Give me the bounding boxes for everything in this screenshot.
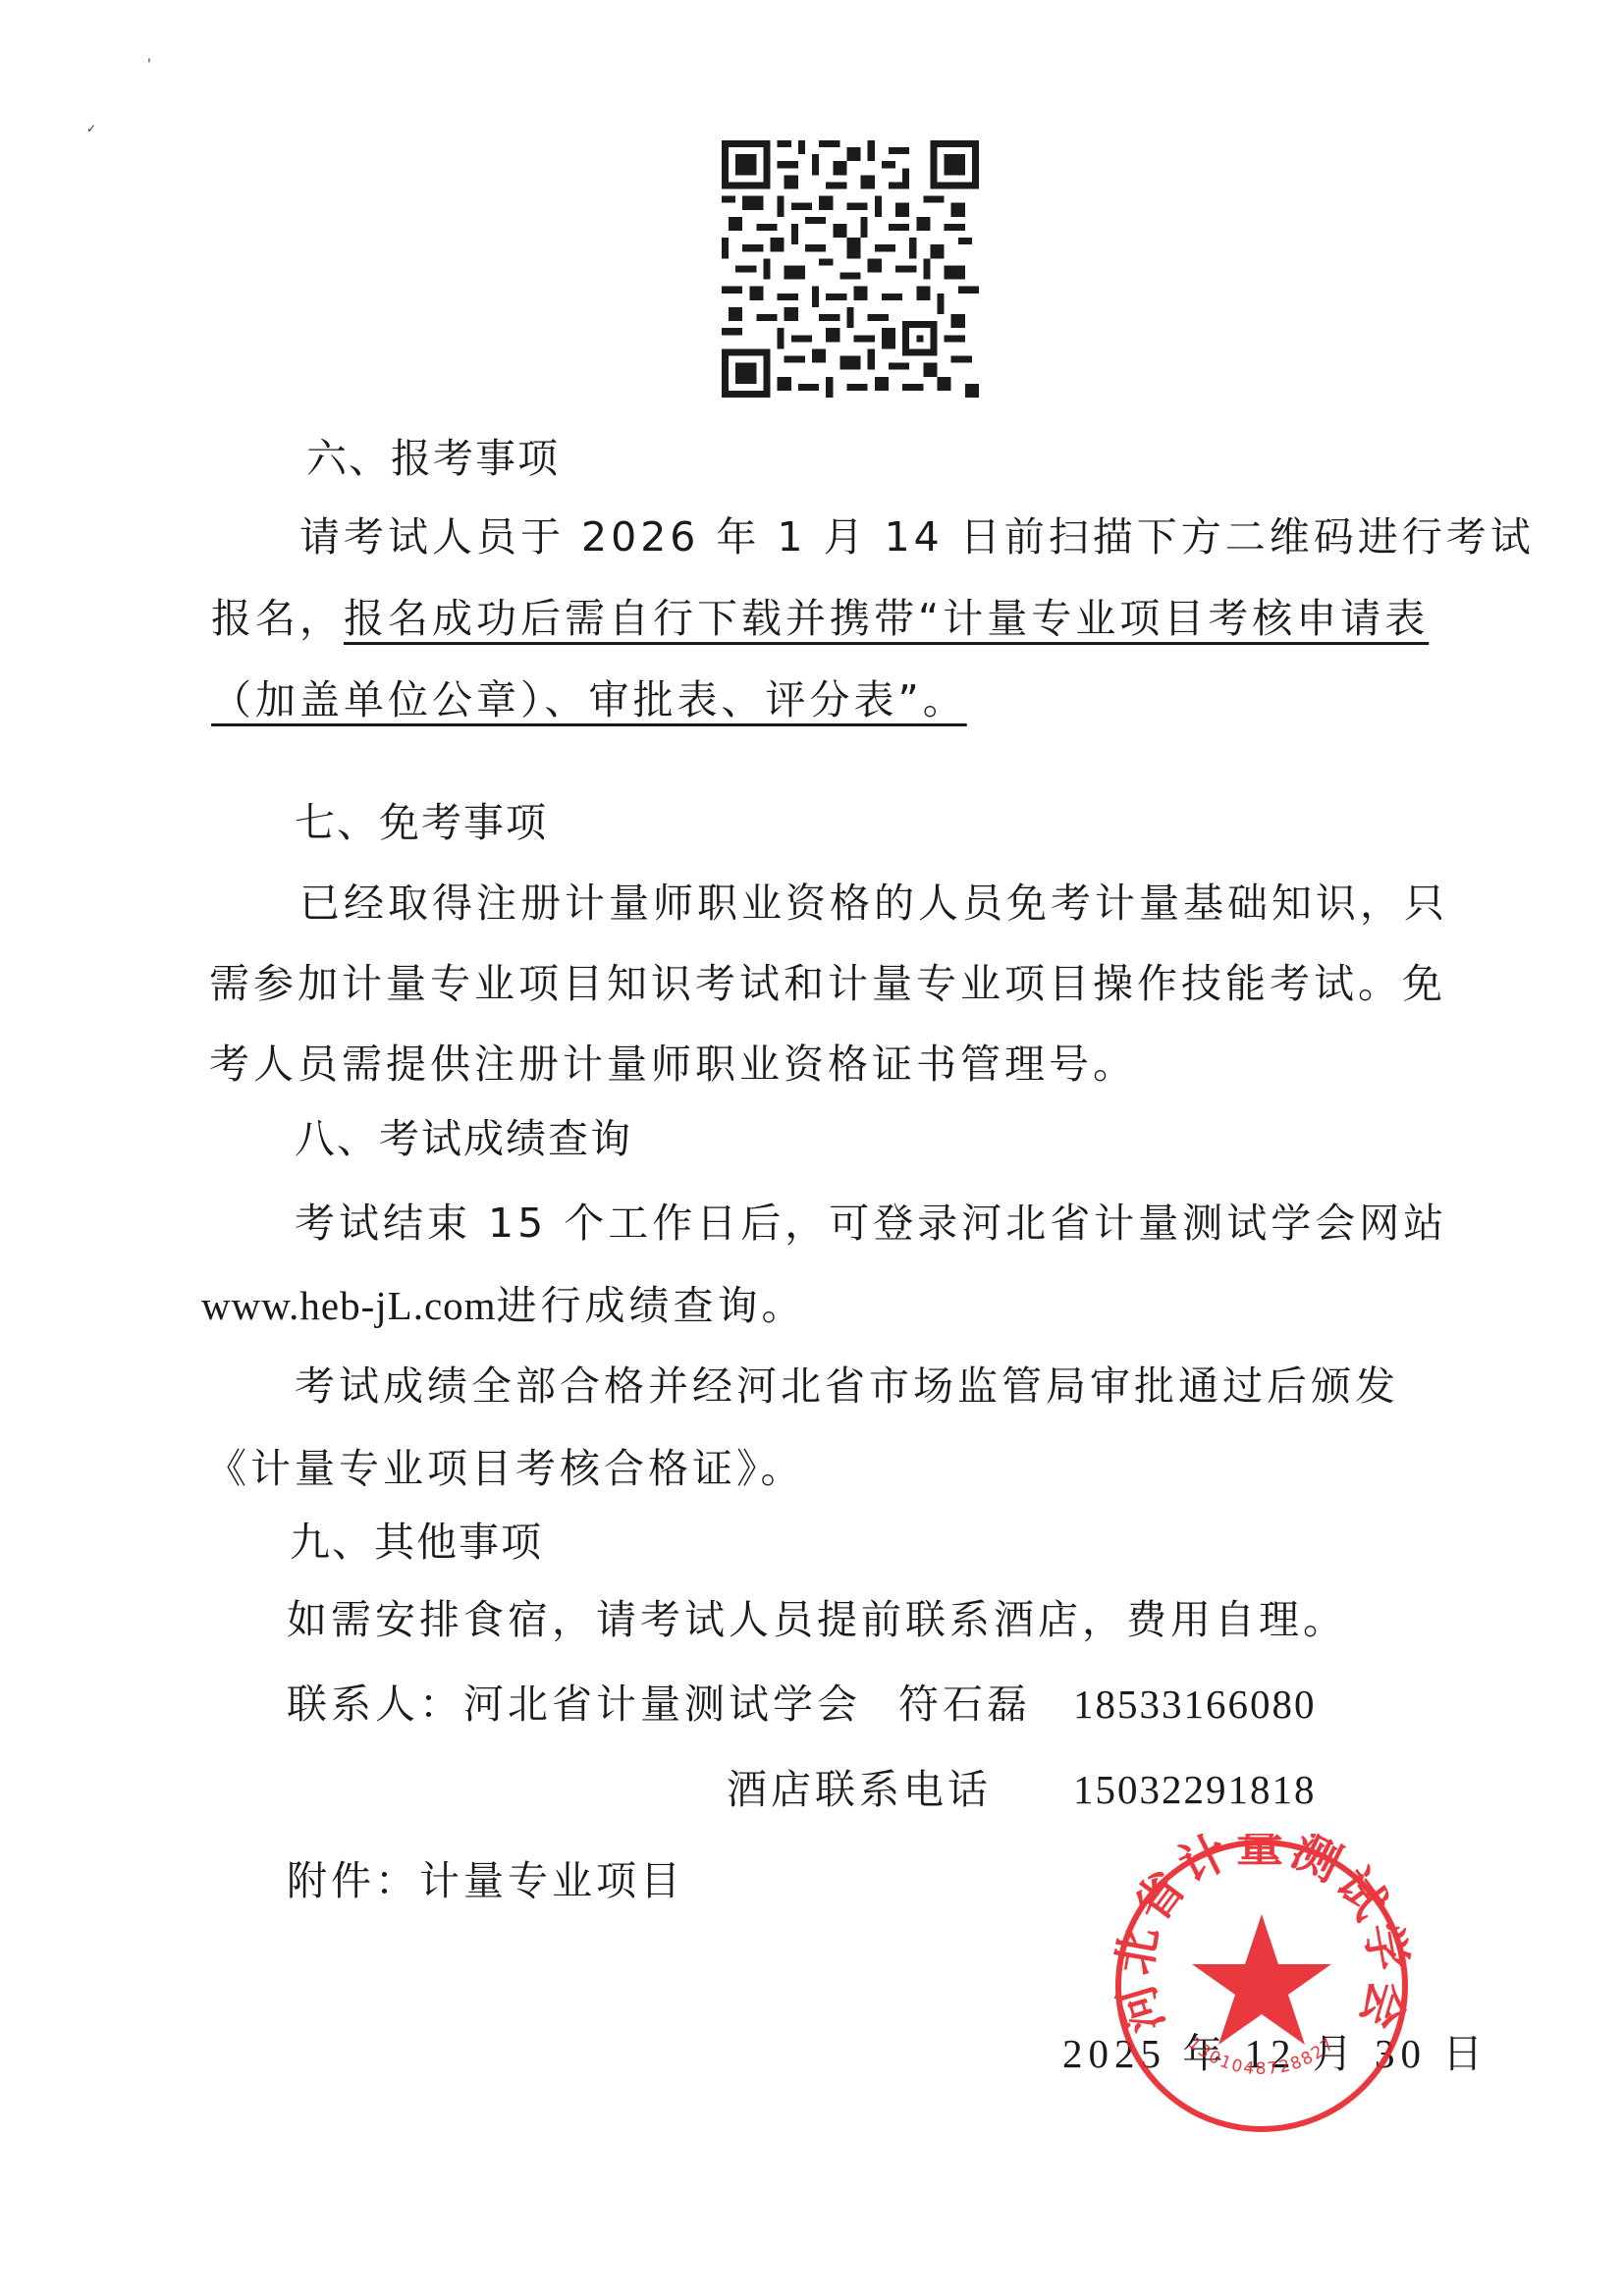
scan-mark: ' bbox=[147, 57, 151, 73]
document-page: ' ✓ bbox=[0, 0, 1623, 2296]
underlined-requirement: 报名成功后需自行下载并携带“计量专业项目考核申请表 bbox=[344, 595, 1429, 642]
paragraph-line: 请考试人员于 2026 年 1 月 14 日前扫描下方二维码进行考试 bbox=[299, 517, 1535, 558]
contact-phone: 18533166080 bbox=[1073, 1684, 1317, 1725]
underlined-requirement: （加盖单位公章）、审批表、评分表”。 bbox=[211, 676, 967, 723]
paragraph-line: 已经取得注册计量师职业资格的人员免考计量基础知识，只 bbox=[299, 883, 1448, 924]
hotel-phone: 15032291818 bbox=[1073, 1770, 1317, 1810]
attachment-value: 计量专业项目 bbox=[419, 1857, 684, 1904]
paragraph-text: 进行成绩查询。 bbox=[497, 1282, 806, 1329]
scan-mark: ✓ bbox=[86, 122, 96, 135]
section-heading: 九、其他事项 bbox=[290, 1522, 543, 1563]
paragraph-line: 如需安排食宿，请考试人员提前联系酒店，费用自理。 bbox=[287, 1600, 1347, 1640]
section-heading: 六、报考事项 bbox=[306, 439, 560, 479]
contact-label: 联系人： bbox=[287, 1681, 463, 1728]
paragraph-text: 报名， bbox=[211, 595, 344, 642]
paragraph-line: www.heb-jL.com进行成绩查询。 bbox=[201, 1286, 806, 1326]
section-heading: 八、考试成绩查询 bbox=[295, 1119, 632, 1159]
section-heading: 七、免考事项 bbox=[295, 803, 548, 843]
qr-code[interactable] bbox=[722, 140, 979, 398]
attachment-label: 附件： bbox=[287, 1857, 419, 1904]
website-link[interactable]: www.heb-jL.com bbox=[201, 1283, 497, 1328]
seal-code: 1301048728827 bbox=[1184, 2034, 1339, 2079]
contact-person: 符石磊 bbox=[898, 1684, 1031, 1725]
paragraph-line: 报名，报名成功后需自行下载并携带“计量专业项目考核申请表 bbox=[211, 599, 1429, 639]
star-icon bbox=[1192, 1914, 1331, 2045]
paragraph-line: 考人员需提供注册计量师职业资格证书管理号。 bbox=[209, 1044, 1137, 1085]
paragraph-line: 考试成绩全部合格并经河北省市场监管局审批通过后颁发 bbox=[295, 1366, 1399, 1407]
hotel-phone-label: 酒店联系电话 bbox=[727, 1770, 992, 1810]
contact-org: 河北省计量测试学会 bbox=[463, 1681, 861, 1728]
paragraph-line: （加盖单位公章）、审批表、评分表”。 bbox=[211, 680, 967, 721]
official-seal-stamp: 河北省计量测试学会 1301048728827 bbox=[1109, 1834, 1414, 2138]
contact-line: 联系人：河北省计量测试学会 bbox=[287, 1684, 861, 1725]
paragraph-line: 考试结束 15 个工作日后，可登录河北省计量测试学会网站 bbox=[295, 1203, 1447, 1244]
attachment-line: 附件：计量专业项目 bbox=[287, 1861, 684, 1901]
paragraph-line: 需参加计量专业项目知识考试和计量专业项目操作技能考试。免 bbox=[209, 964, 1446, 1004]
paragraph-line: 《计量专业项目考核合格证》。 bbox=[206, 1449, 805, 1489]
